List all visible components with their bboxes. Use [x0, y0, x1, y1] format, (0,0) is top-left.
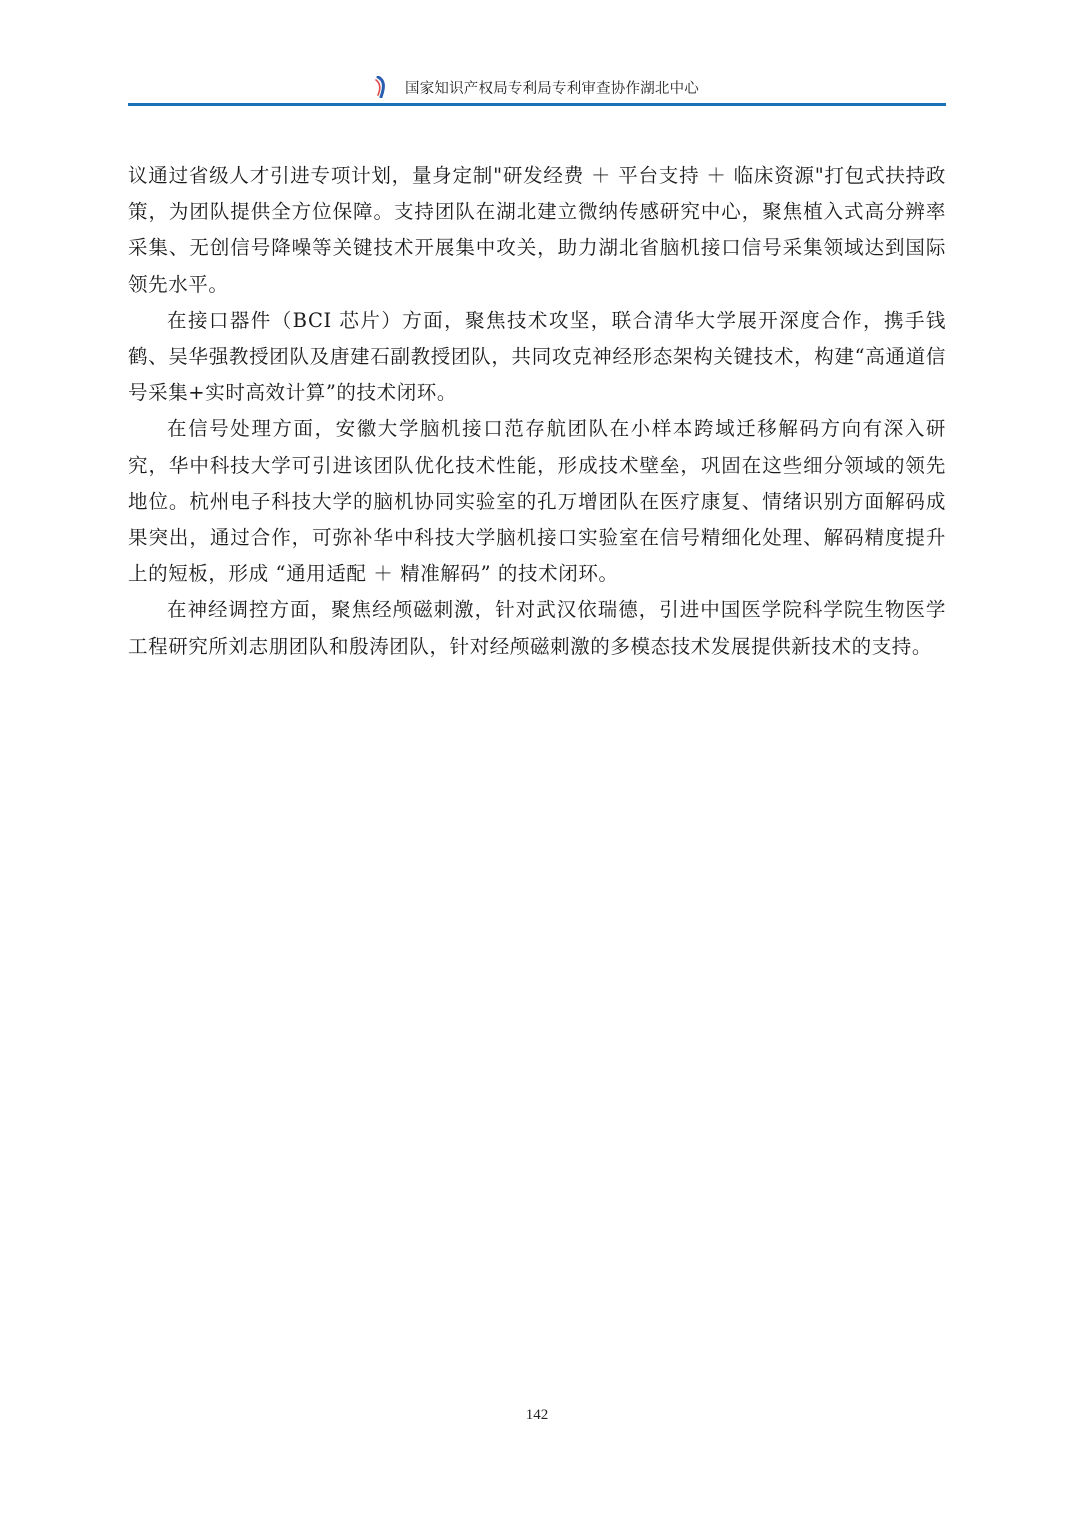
header-content: 国家知识产权局专利局专利审查协作湖北中心	[128, 72, 946, 102]
document-body: 议通过省级人才引进专项计划，量身定制"研发经费 ＋ 平台支持 ＋ 临床资源"打包…	[128, 158, 946, 665]
header-title: 国家知识产权局专利局专利审查协作湖北中心	[405, 77, 699, 98]
header-divider	[128, 103, 946, 106]
paragraph-interface-devices: 在接口器件（BCI 芯片）方面，聚焦技术攻坚，联合清华大学展开深度合作，携手钱鹤…	[128, 303, 946, 412]
paragraph-signal-processing: 在信号处理方面，安徽大学脑机接口范存航团队在小样本跨域迁移解码方向有深入研究，华…	[128, 411, 946, 592]
page-header: 国家知识产权局专利局专利审查协作湖北中心	[128, 72, 946, 106]
paragraph-talent-policy: 议通过省级人才引进专项计划，量身定制"研发经费 ＋ 平台支持 ＋ 临床资源"打包…	[128, 158, 946, 303]
paragraph-neuromodulation: 在神经调控方面，聚焦经颅磁刺激，针对武汉依瑞德，引进中国医学院科学院生物医学工程…	[128, 592, 946, 664]
cnipa-hubei-logo-icon	[375, 76, 389, 98]
page-number: 142	[0, 1407, 1074, 1424]
